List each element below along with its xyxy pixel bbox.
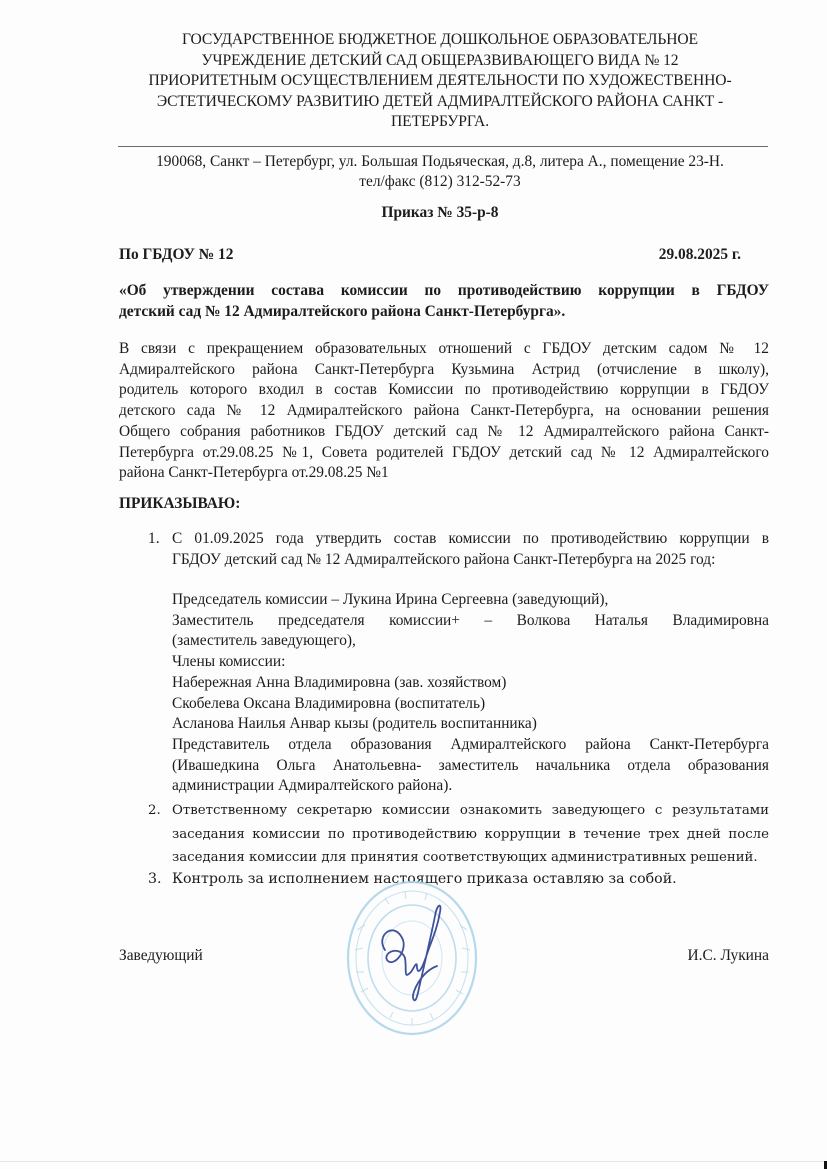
document-page: ГОСУДАРСТВЕННОЕ БЮДЖЕТНОЕ ДОШКОЛЬНОЕ ОБР… — [0, 0, 827, 1169]
signature-row: Заведующий И.С. Лукина — [119, 947, 769, 965]
preamble-line: Петербурга от.29.08.25 №1, Совета родите… — [119, 443, 769, 464]
representative-line: администрации Адмиралтейского района). — [172, 776, 769, 797]
address-text: 190068, Санкт – Петербург, ул. Большая П… — [100, 152, 780, 172]
item-line: Контроль за исполнением настоящего прика… — [172, 869, 769, 890]
order-title: Приказ № 35-р-8 — [100, 204, 780, 222]
subject-line: «Об утверждении состава комиссии по прот… — [119, 280, 769, 301]
preamble-line: В связи с прекращением образовательных о… — [119, 339, 769, 360]
scan-edge-line — [0, 1161, 827, 1162]
preamble-line: района Санкт-Петербурга от.29.08.25 №1 — [119, 463, 769, 484]
preamble-line: родитель которого входил в состав Комисс… — [119, 380, 769, 401]
item-number: 1. — [148, 529, 170, 550]
order-meta: По ГБДОУ № 12 29.08.2025 г. — [119, 246, 741, 264]
item-line: заседания комиссии для принятия соответс… — [172, 846, 769, 870]
header-divider — [118, 146, 768, 147]
preamble-line: Общего собрания работников ГБДОУ детский… — [119, 422, 769, 443]
representative-line: (Ивашедкина Ольга Анатольевна- заместите… — [172, 756, 769, 777]
order-date: 29.08.2025 г. — [659, 246, 741, 264]
signatory-name: И.С. Лукина — [688, 947, 769, 965]
order-subject: «Об утверждении состава комиссии по прот… — [119, 280, 769, 322]
representative-line: Представитель отдела образования Адмирал… — [172, 735, 769, 756]
preamble-line: детского сада № 12 Адмиралтейского район… — [119, 401, 769, 422]
item-number: 2. — [148, 799, 170, 823]
commission-composition: Председатель комиссии – Лукина Ирина Сер… — [172, 590, 769, 797]
order-item-1: 1. С 01.09.2025 года утвердить состав ко… — [148, 529, 769, 570]
order-organization: По ГБДОУ № 12 — [119, 246, 233, 264]
chair-line: Председатель комиссии – Лукина Ирина Сер… — [172, 590, 769, 611]
member-line: Набережная Анна Владимировна (зав. хозяй… — [172, 673, 769, 694]
deputy-line: (заместитель заведующего), — [172, 631, 769, 652]
order-item-2: 2. Ответственному секретарю комиссии озн… — [148, 799, 769, 870]
signatory-position: Заведующий — [119, 947, 203, 965]
item-line: С 01.09.2025 года утвердить состав комис… — [172, 529, 769, 550]
preamble-line: Адмиралтейского района Санкт-Петербурга … — [119, 360, 769, 381]
item-line: ГБДОУ детский сад № 12 Адмиралтейского р… — [172, 550, 769, 571]
order-item-3: 3. Контроль за исполнением настоящего пр… — [148, 869, 769, 890]
header-line: ПЕТЕРБУРГА. — [100, 112, 780, 133]
header-line: УЧРЕЖДЕНИЕ ДЕТСКИЙ САД ОБЩЕРАЗВИВАЮЩЕГО … — [100, 51, 780, 72]
orders-heading: ПРИКАЗЫВАЮ: — [119, 495, 240, 513]
item-line: заседания комиссии по противодействию ко… — [172, 823, 769, 847]
address-block: 190068, Санкт – Петербург, ул. Большая П… — [100, 152, 780, 192]
preamble-paragraph: В связи с прекращением образовательных о… — [119, 339, 769, 484]
member-line: Скобелева Оксана Владимировна (воспитате… — [172, 694, 769, 715]
header-line: ЭСТЕТИЧЕСКОМУ РАЗВИТИЮ ДЕТЕЙ АДМИРАЛТЕЙС… — [100, 92, 780, 113]
phone-text: тел/факс (812) 312-52-73 — [100, 172, 780, 192]
header-line: ПРИОРИТЕТНЫМ ОСУЩЕСТВЛЕНИЕМ ДЕЯТЕЛЬНОСТИ… — [100, 71, 780, 92]
subject-line: детский сад № 12 Адмиралтейского района … — [119, 301, 769, 322]
deputy-line: Заместитель председателя комиссии+ – Вол… — [172, 611, 769, 632]
item-number: 3. — [148, 869, 170, 890]
member-line: Асланова Наилья Анвар кызы (родитель вос… — [172, 714, 769, 735]
institution-header: ГОСУДАРСТВЕННОЕ БЮДЖЕТНОЕ ДОШКОЛЬНОЕ ОБР… — [100, 30, 780, 133]
members-label: Члены комиссии: — [172, 652, 769, 673]
item-line: Ответственному секретарю комиссии ознако… — [172, 799, 769, 823]
header-line: ГОСУДАРСТВЕННОЕ БЮДЖЕТНОЕ ДОШКОЛЬНОЕ ОБР… — [100, 30, 780, 51]
